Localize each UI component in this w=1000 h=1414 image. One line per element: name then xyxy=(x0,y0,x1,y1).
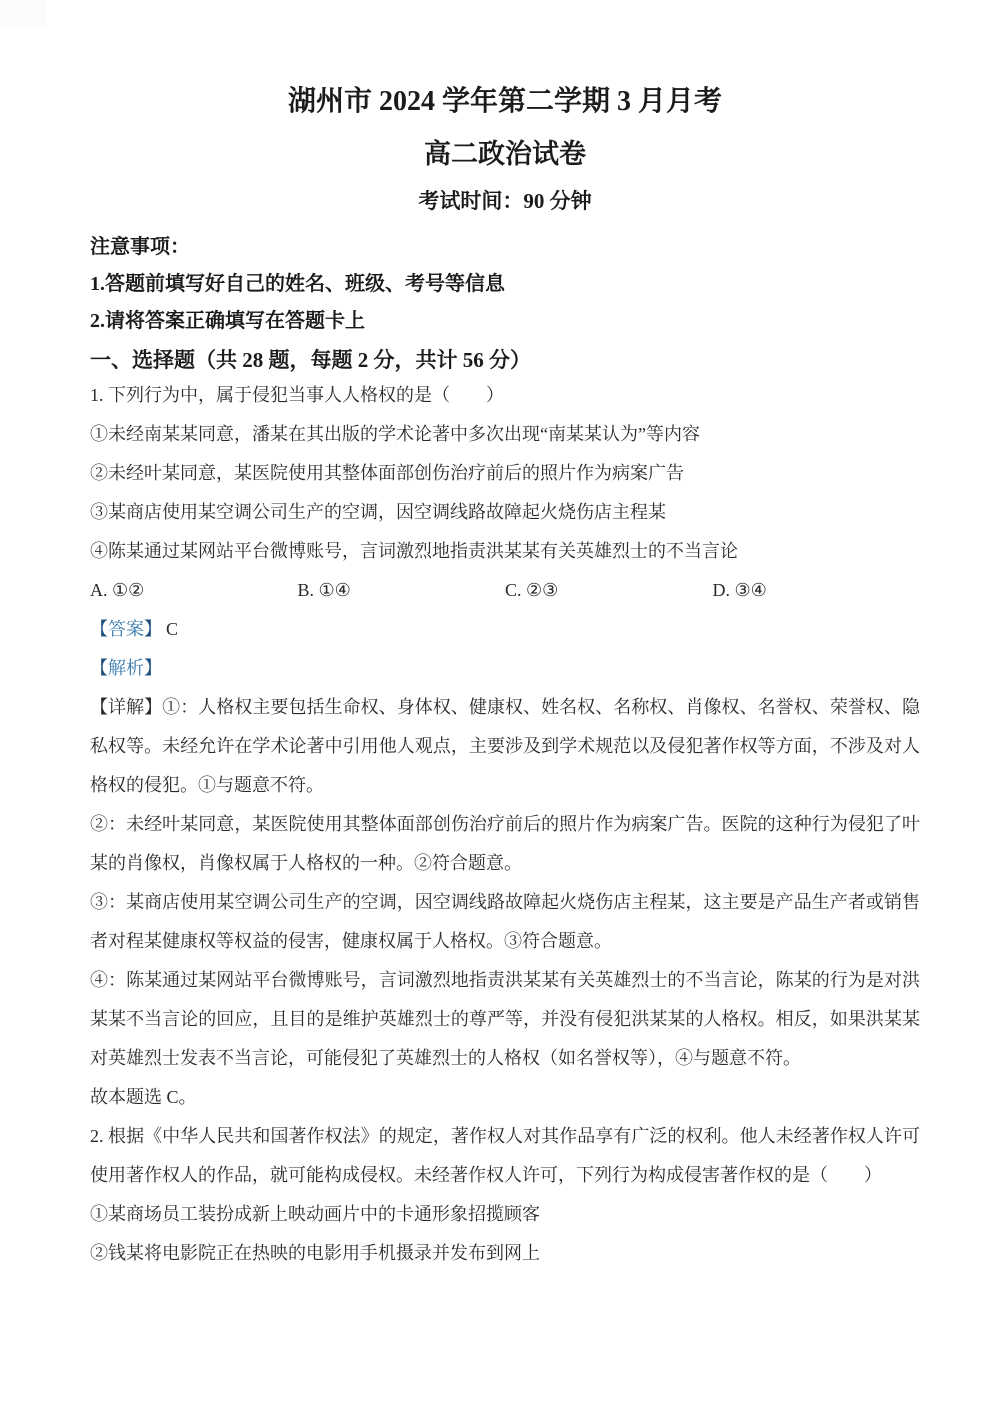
q1-choice: ①未经南某某同意，潘某在其出版的学术论著中多次出现“南某某认为”等内容 xyxy=(90,415,920,454)
detail-line: 某的肖像权，肖像权属于人格权的一种。②符合题意。 xyxy=(90,844,920,883)
analysis-tag-label: 解析 xyxy=(108,658,144,678)
detail-line: 对英雄烈士发表不当言论，可能侵犯了英雄烈士的人格权（如名誉权等），④与题意不符。 xyxy=(90,1039,920,1078)
detail-line: 私权等。未经允许在学术论著中引用他人观点，主要涉及到学术规范以及侵犯著作权等方面… xyxy=(90,727,920,766)
answer-tag-label: 答案 xyxy=(108,619,144,639)
q1-choice: ③某商店使用某空调公司生产的空调，因空调线路故障起火烧伤店主程某 xyxy=(90,493,920,532)
answer-value: C xyxy=(166,619,178,639)
detail-line: 某某不当言论的回应，且目的是维护英雄烈士的尊严等，并没有侵犯洪某某的人格权。相反… xyxy=(90,1000,920,1039)
detail-line: 格权的侵犯。①与题意不符。 xyxy=(90,766,920,805)
q1-analysis-line: 【解析】 xyxy=(90,649,920,688)
detail-line: ④：陈某通过某网站平台微博账号，言词激烈地指责洪某某有关英雄烈士的不当言论，陈某… xyxy=(90,961,920,1000)
q1-answer-line: 【答案】C xyxy=(90,610,920,649)
q1-options-row: A. ①② B. ①④ C. ②③ D. ③④ xyxy=(90,571,920,610)
scan-corner-artifact xyxy=(0,0,46,28)
detail-line: 者对程某健康权等权益的侵害，健康权属于人格权。③符合题意。 xyxy=(90,922,920,961)
document-page: 湖州市 2024 学年第二学期 3 月月考 高二政治试卷 考试时间：90 分钟 … xyxy=(0,0,1000,1414)
q1-stem: 1. 下列行为中，属于侵犯当事人人格权的是（ ） xyxy=(90,376,920,415)
detail-conclusion: 故本题选 C。 xyxy=(90,1078,920,1117)
q2-stem-line: 2. 根据《中华人民共和国著作权法》的规定，著作权人对其作品享有广泛的权利。他人… xyxy=(90,1117,920,1156)
q1-option-c: C. ②③ xyxy=(505,571,713,610)
detail-line: ③：某商店使用某空调公司生产的空调，因空调线路故障起火烧伤店主程某，这主要是产品… xyxy=(90,883,920,922)
answer-tag-bracket-open: 【 xyxy=(90,619,108,639)
notice-heading: 注意事项： xyxy=(90,234,920,260)
document-content: 湖州市 2024 学年第二学期 3 月月考 高二政治试卷 考试时间：90 分钟 … xyxy=(90,0,920,1273)
analysis-tag-bracket-open: 【 xyxy=(90,658,108,678)
q1-option-d: D. ③④ xyxy=(713,571,921,610)
detail-line: ②：未经叶某同意，某医院使用其整体面部创伤治疗前后的照片作为病案广告。医院的这种… xyxy=(90,805,920,844)
exam-duration: 考试时间：90 分钟 xyxy=(90,188,920,214)
notice-item: 2.请将答案正确填写在答题卡上 xyxy=(90,308,920,334)
q2-stem-line: 使用著作权人的作品，就可能构成侵权。未经著作权人许可，下列行为构成侵害著作权的是… xyxy=(90,1156,920,1195)
q2-choice: ①某商场员工装扮成新上映动画片中的卡通形象招揽顾客 xyxy=(90,1195,920,1234)
doc-title: 湖州市 2024 学年第二学期 3 月月考 xyxy=(90,84,920,120)
section-heading: 一、选择题（共 28 题，每题 2 分，共计 56 分） xyxy=(90,346,920,374)
analysis-tag-bracket-close: 】 xyxy=(144,658,162,678)
detail-line: 【详解】①：人格权主要包括生命权、身体权、健康权、姓名权、名称权、肖像权、名誉权… xyxy=(90,688,920,727)
q1-choice: ④陈某通过某网站平台微博账号，言词激烈地指责洪某某有关英雄烈士的不当言论 xyxy=(90,532,920,571)
q1-choice: ②未经叶某同意，某医院使用其整体面部创伤治疗前后的照片作为病案广告 xyxy=(90,454,920,493)
doc-subtitle: 高二政治试卷 xyxy=(90,136,920,172)
q1-option-a: A. ①② xyxy=(90,571,298,610)
q1-option-b: B. ①④ xyxy=(298,571,506,610)
answer-tag-bracket-close: 】 xyxy=(144,619,162,639)
notice-item: 1.答题前填写好自己的姓名、班级、考号等信息 xyxy=(90,271,920,297)
q2-choice: ②钱某将电影院正在热映的电影用手机摄录并发布到网上 xyxy=(90,1234,920,1273)
